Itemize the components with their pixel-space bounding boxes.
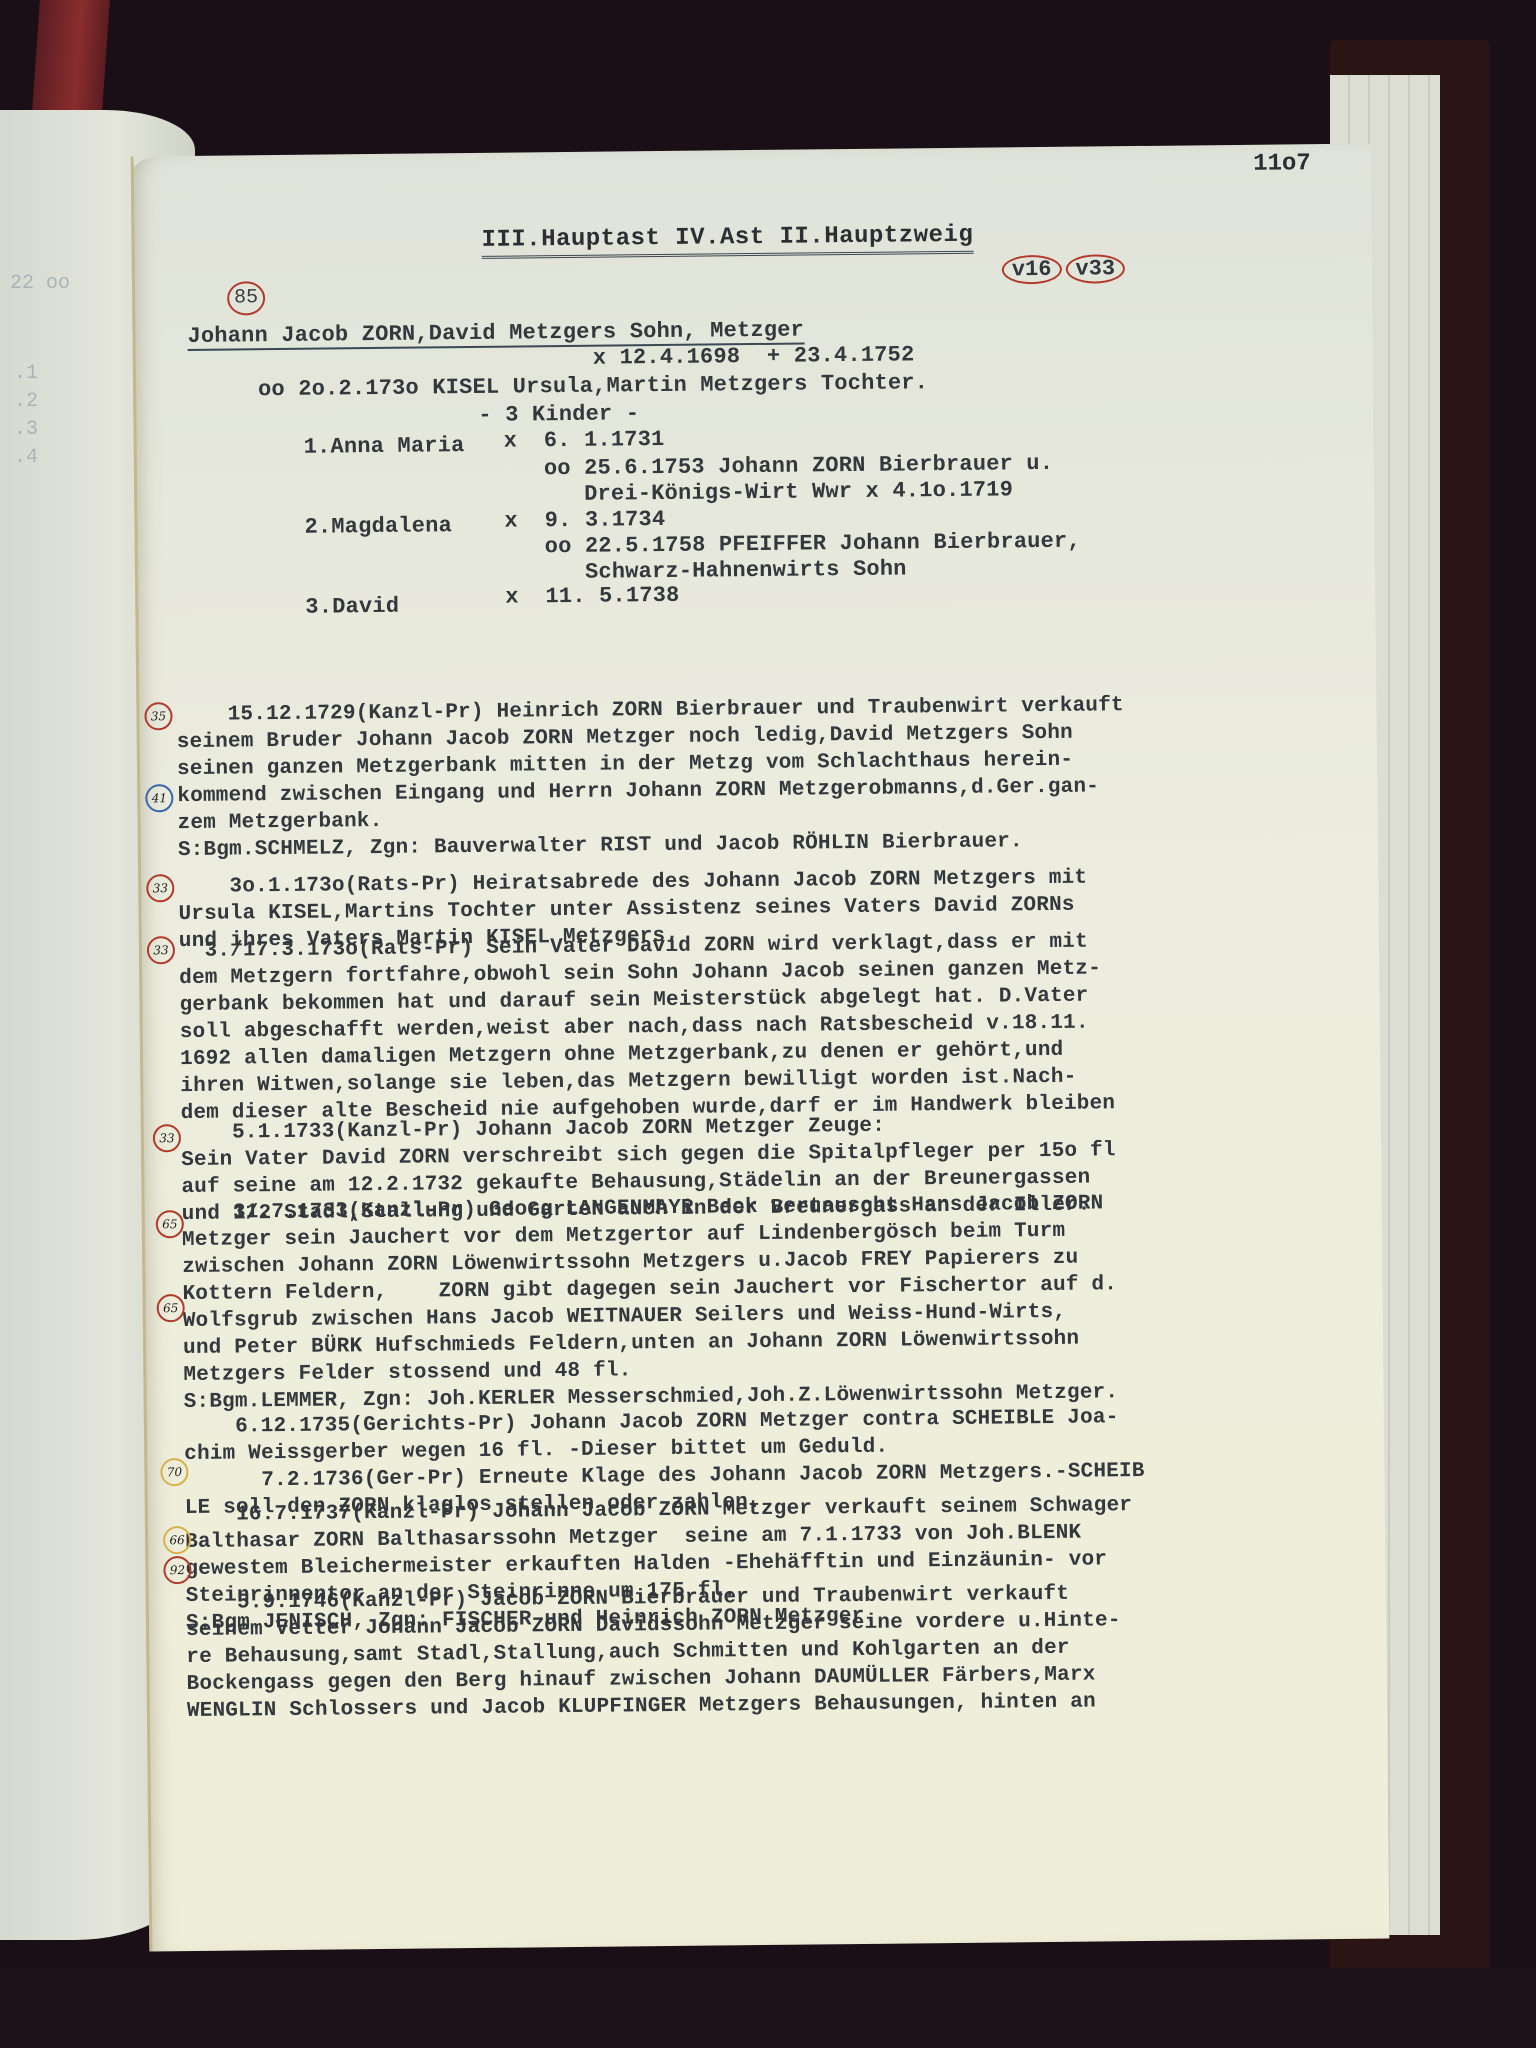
record-line: zem Metzgerbank. bbox=[178, 810, 383, 835]
record-line: S:Bgm.SCHMELZ, Zgn: Bauverwalter RIST un… bbox=[178, 830, 1023, 862]
entry-number-badge: 85 bbox=[227, 281, 265, 315]
margin-mark: 70 bbox=[160, 1458, 188, 1486]
child-label: 1.Anna Maria bbox=[304, 433, 465, 460]
ref-tag: v16 bbox=[1002, 255, 1062, 285]
margin-mark: 33 bbox=[146, 874, 174, 902]
birth-death: x 12.4.1698 + 23.4.1752 bbox=[593, 342, 915, 370]
child-marriage: oo 25.6.1753 Johann ZORN Bierbrauer u. bbox=[544, 451, 1054, 481]
record-line: Metzgers Felder stossend und 48 fl. bbox=[183, 1359, 631, 1387]
child-marriage: oo 22.5.1758 PFEIFFER Johann Bierbrauer, bbox=[545, 529, 1081, 560]
margin-mark: 41 bbox=[145, 784, 173, 812]
margin-mark: 33 bbox=[153, 1124, 181, 1152]
margin-mark: 92 bbox=[163, 1556, 191, 1584]
child-marriage-detail: Schwarz-Hahnenwirts Sohn bbox=[585, 556, 907, 584]
child-label: 2.Magdalena bbox=[304, 513, 452, 540]
child-birth: x 6. 1.1731 bbox=[504, 427, 665, 454]
record-line: chim Weissgerber wegen 16 fl. -Dieser bi… bbox=[184, 1436, 888, 1466]
child-birth: x 11. 5.1738 bbox=[505, 583, 679, 610]
reference-tags: v16 v33 bbox=[1002, 254, 1126, 284]
record-line: 7.2.1736(Ger-Pr) Erneute Klage des Johan… bbox=[184, 1460, 1144, 1493]
document-page: 11o7 III.Hauptast IV.Ast II.Hauptzweig v… bbox=[131, 144, 1390, 1952]
record-line: und Peter BÜRK Hufschmieds Feldern,unten… bbox=[183, 1328, 1079, 1360]
record-line: kommend zwischen Eingang und Herrn Johan… bbox=[177, 775, 1099, 808]
children-count: - 3 Kinder - bbox=[478, 401, 639, 428]
margin-mark: 35 bbox=[144, 702, 172, 730]
record-line: WENGLIN Schlossers und Jacob KLUPFINGER … bbox=[187, 1691, 1096, 1724]
page-heading: III.Hauptast IV.Ast II.Hauptzweig bbox=[481, 222, 973, 259]
records-list: 15.12.1729(Kanzl-Pr) Heinrich ZORN Bierb… bbox=[131, 144, 1371, 157]
margin-mark: 65 bbox=[156, 1210, 184, 1238]
bleed-through-text: .1.2.3.4 bbox=[14, 360, 38, 472]
child-label: 3.David bbox=[305, 594, 399, 620]
margin-mark: 65 bbox=[157, 1294, 185, 1322]
background-shadow bbox=[0, 1968, 1536, 2048]
child-birth: x 9. 3.1734 bbox=[504, 507, 665, 534]
record-line: gewestem Bleichermeister erkauften Halde… bbox=[185, 1548, 1107, 1581]
child-marriage-detail: Drei-Königs-Wirt Wwr x 4.1o.1719 bbox=[584, 477, 1013, 506]
margin-mark: 33 bbox=[147, 936, 175, 964]
record-line: Ursula KISEL,Martins Tochter unter Assis… bbox=[178, 894, 1074, 926]
page-number: 11o7 bbox=[1253, 150, 1311, 178]
ref-tag: v33 bbox=[1065, 254, 1125, 284]
margin-mark: 66 bbox=[163, 1526, 191, 1554]
marriage-line: oo 2o.2.173o KISEL Ursula,Martin Metzger… bbox=[258, 370, 928, 402]
bleed-through-text: 22 oo bbox=[10, 270, 70, 298]
